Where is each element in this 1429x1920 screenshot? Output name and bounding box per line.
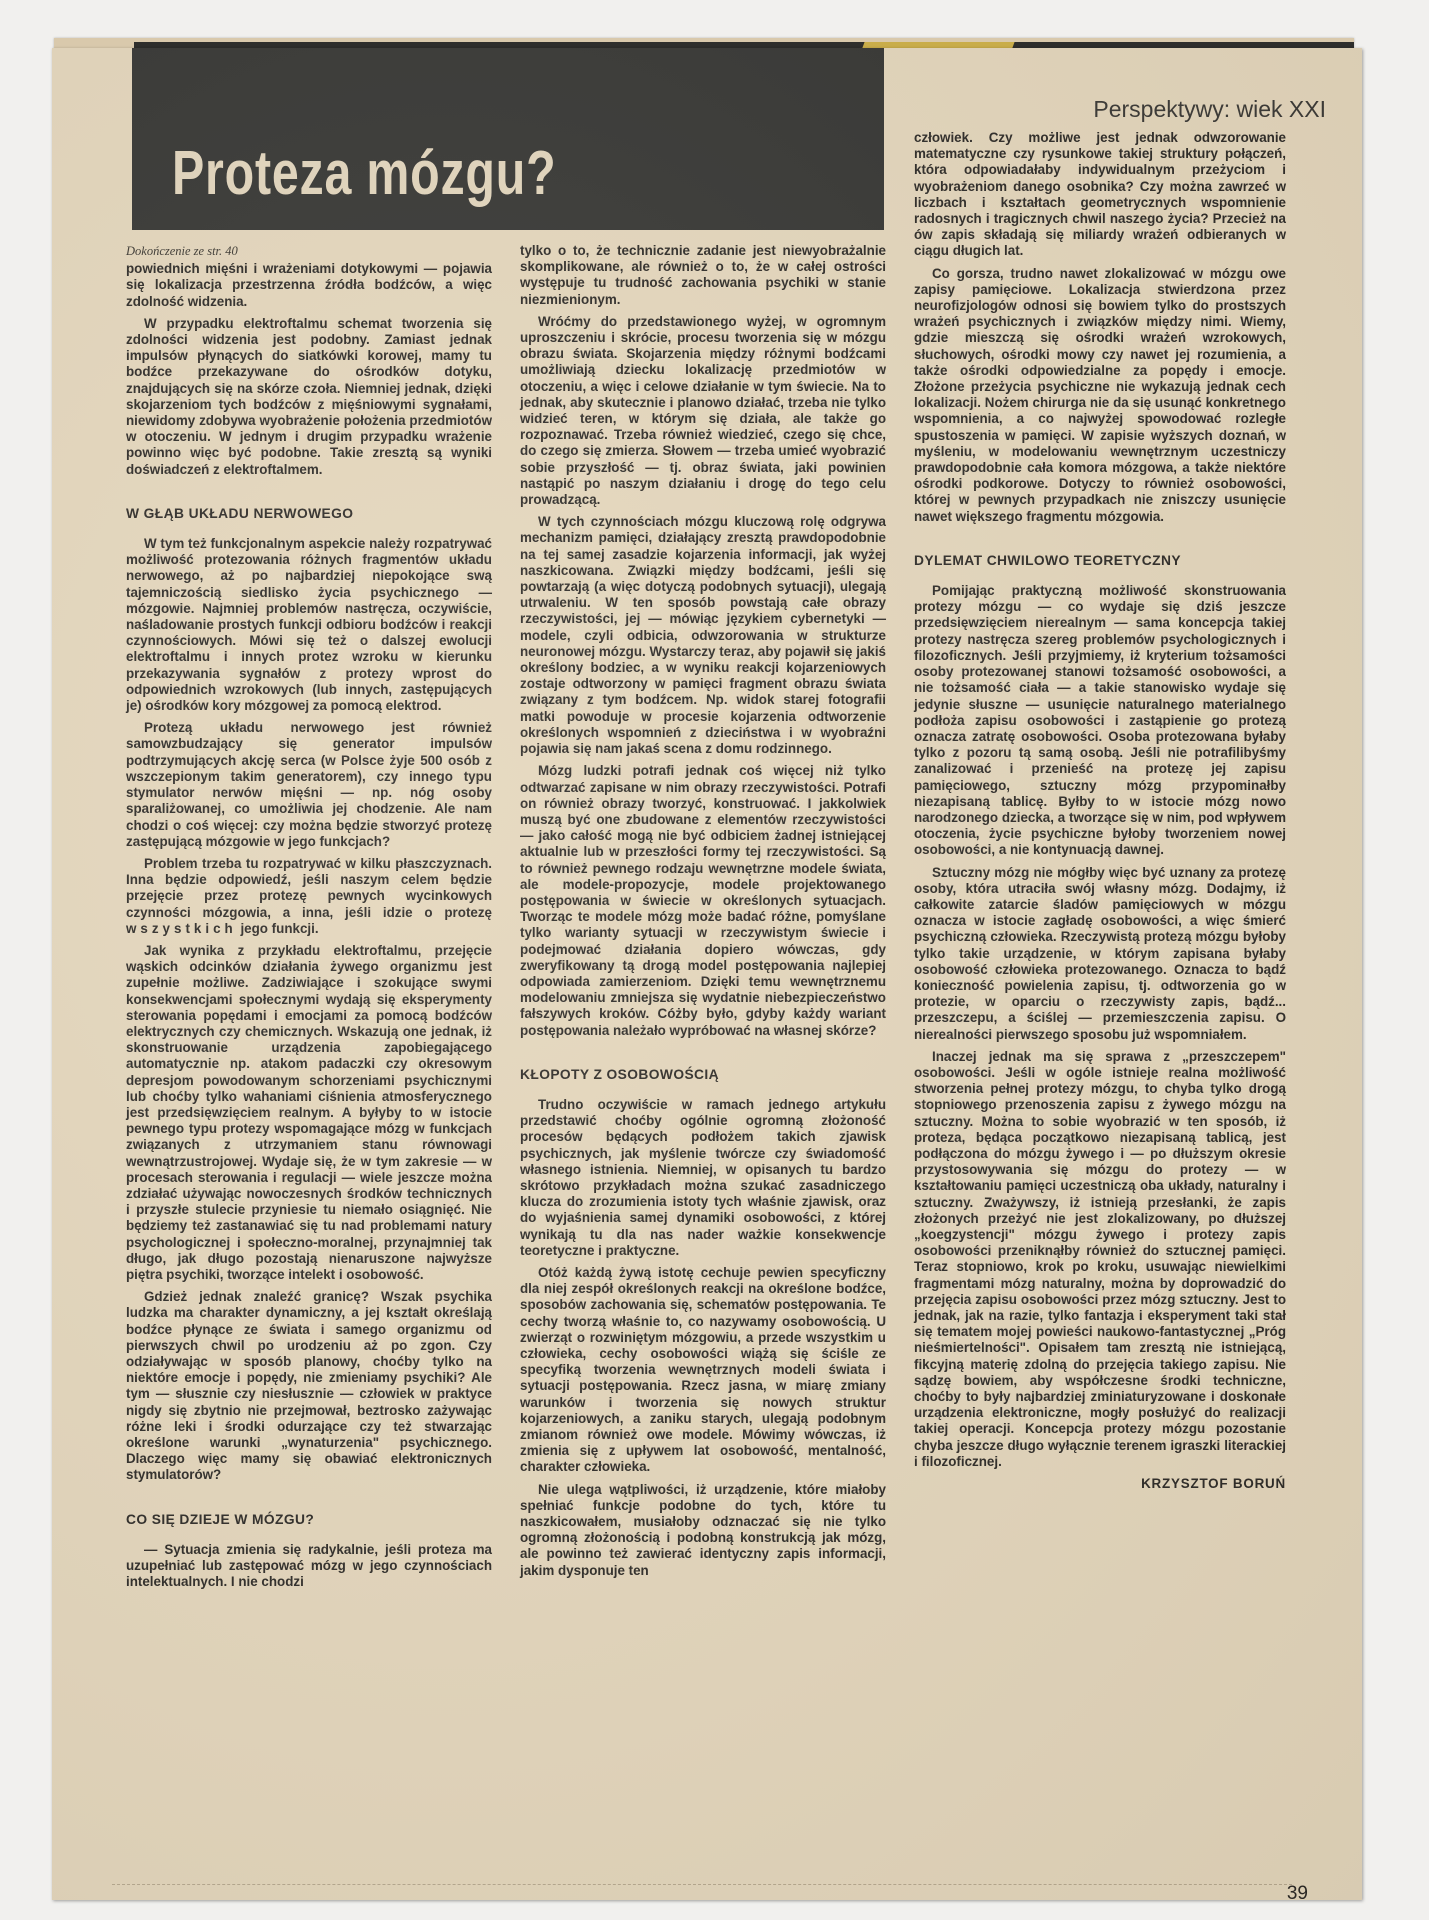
magazine-page: Proteza mózgu? Perspektywy: wiek XXI Dok…	[52, 48, 1362, 1900]
column-2: tylko o to, że technicznie zadanie jest …	[520, 243, 886, 1585]
paragraph: W tych czynnościach mózgu kluczową rolę …	[520, 514, 886, 757]
paragraph: Sztuczny mózg nie mógłby więc być uznany…	[914, 865, 1286, 1043]
paragraph: Protezą układu nerwowego jest również sa…	[126, 720, 492, 850]
page-number: 39	[1287, 1883, 1308, 1905]
paragraph: Wróćmy do przedstawionego wyżej, w ogrom…	[520, 314, 886, 508]
continuation-note: Dokończenie ze str. 40	[126, 243, 492, 259]
paragraph: Gdzież jednak znaleźć granicę? Wszak psy…	[126, 1289, 492, 1483]
paragraph: — Sytuacja zmienia się radykalnie, jeśli…	[126, 1542, 492, 1591]
subheading: W GŁĄB UKŁADU NERWOWEGO	[126, 506, 492, 522]
paragraph: Problem trzeba tu rozpatrywać w kilku pł…	[126, 856, 492, 937]
text: Problem trzeba tu rozpatrywać w kilku pł…	[126, 856, 492, 920]
text: jego funkcji.	[237, 921, 319, 936]
paragraph: tylko o to, że technicznie zadanie jest …	[520, 243, 886, 308]
emphasis-spaced: wszystkich	[126, 921, 237, 936]
article-title: Proteza mózgu?	[172, 138, 556, 209]
paragraph: W przypadku elektroftalmu schemat tworze…	[126, 316, 492, 478]
paragraph: Nie ulega wątpliwości, iż urządzenie, kt…	[520, 1482, 886, 1579]
paragraph: Jak wynika z przykładu elektroftalmu, pr…	[126, 943, 492, 1283]
paragraph: Inaczej jednak ma się sprawa z „przeszcz…	[914, 1049, 1286, 1470]
paragraph: W tym też funkcjonalnym aspekcie należy …	[126, 536, 492, 714]
paragraph: Trudno oczywiście w ramach jednego artyk…	[520, 1097, 886, 1259]
author-byline: KRZYSZTOF BORUŃ	[914, 1476, 1286, 1492]
subheading: CO SIĘ DZIEJE W MÓZGU?	[126, 1512, 492, 1528]
paragraph: Co gorsza, trudno nawet zlokalizować w m…	[914, 266, 1286, 525]
column-1: Dokończenie ze str. 40 powiednich mięśni…	[126, 243, 492, 1596]
paragraph: Mózg ludzki potrafi jednak coś więcej ni…	[520, 763, 886, 1038]
footer-divider	[112, 1884, 1292, 1885]
column-3: człowiek. Czy możliwe jest jednak odwzor…	[914, 130, 1286, 1492]
paragraph: Otóż każdą żywą istotę cechuje pewien sp…	[520, 1265, 886, 1476]
section-label: Perspektywy: wiek XXI	[1093, 96, 1326, 123]
paragraph: Pomijając praktyczną możliwość skonstruo…	[914, 583, 1286, 858]
paragraph: człowiek. Czy możliwe jest jednak odwzor…	[914, 130, 1286, 260]
paragraph: powiednich mięśni i wrażeniami dotykowym…	[126, 261, 492, 310]
subheading: KŁOPOTY Z OSOBOWOŚCIĄ	[520, 1067, 886, 1083]
subheading: DYLEMAT CHWILOWO TEORETYCZNY	[914, 553, 1286, 569]
title-banner: Proteza mózgu?	[132, 48, 884, 230]
